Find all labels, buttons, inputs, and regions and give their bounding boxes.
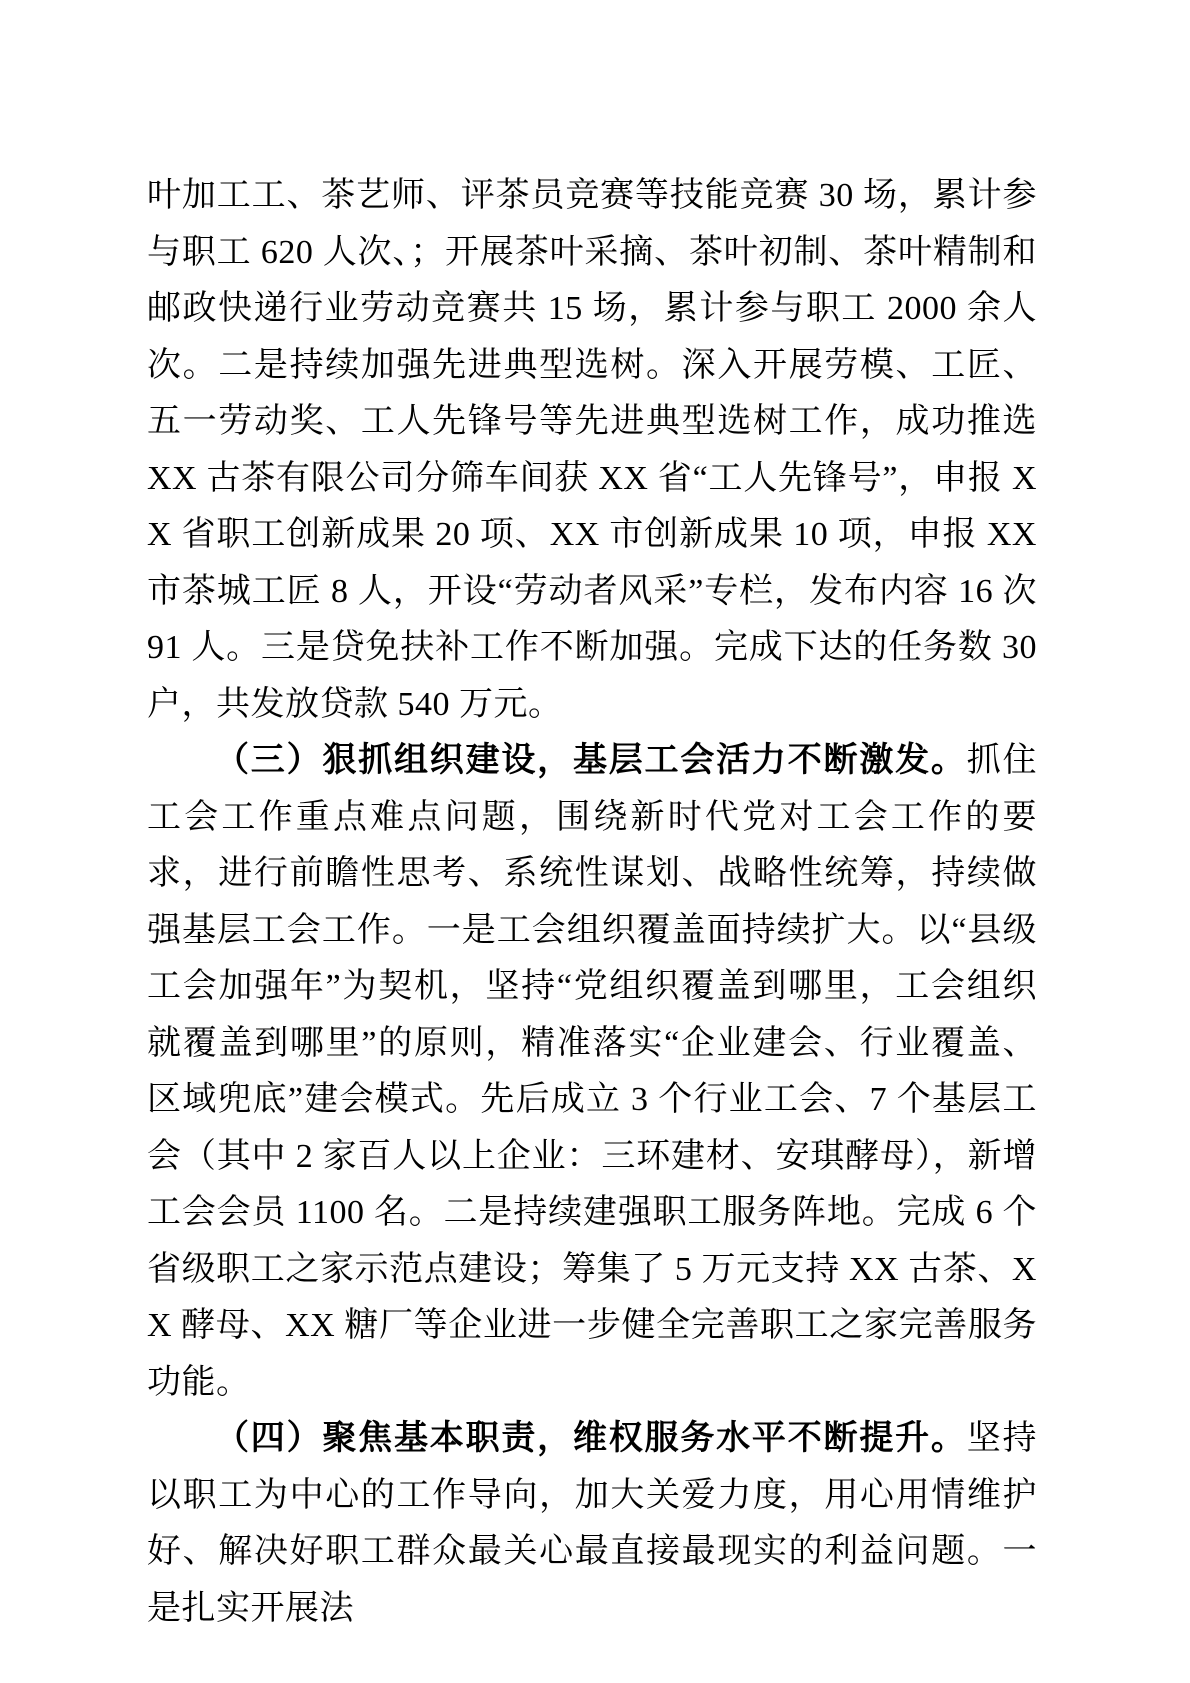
document-page: 叶加工工、茶艺师、评茶员竞赛等技能竞赛 30 场，累计参与职工 620 人次、；… (0, 0, 1190, 1683)
document-body: 叶加工工、茶艺师、评茶员竞赛等技能竞赛 30 场，累计参与职工 620 人次、；… (147, 168, 1037, 1637)
paragraph-section-3: （三）狠抓组织建设，基层工会活力不断激发。抓住工会工作重点难点问题，围绕新时代党… (147, 733, 1037, 1411)
paragraph-section-4: （四）聚焦基本职责，维权服务水平不断提升。坚持以职工为中心的工作导向，加大关爱力… (147, 1411, 1037, 1637)
paragraph-text: 抓住工会工作重点难点问题，围绕新时代党对工会工作的要求，进行前瞻性思考、系统性谋… (147, 742, 1037, 1401)
section-4-heading: （四）聚焦基本职责，维权服务水平不断提升。 (215, 1420, 967, 1457)
section-3-heading: （三）狠抓组织建设，基层工会活力不断激发。 (215, 742, 967, 779)
paragraph-continuation: 叶加工工、茶艺师、评茶员竞赛等技能竞赛 30 场，累计参与职工 620 人次、；… (147, 168, 1037, 733)
paragraph-text: 叶加工工、茶艺师、评茶员竞赛等技能竞赛 30 场，累计参与职工 620 人次、；… (147, 177, 1037, 723)
